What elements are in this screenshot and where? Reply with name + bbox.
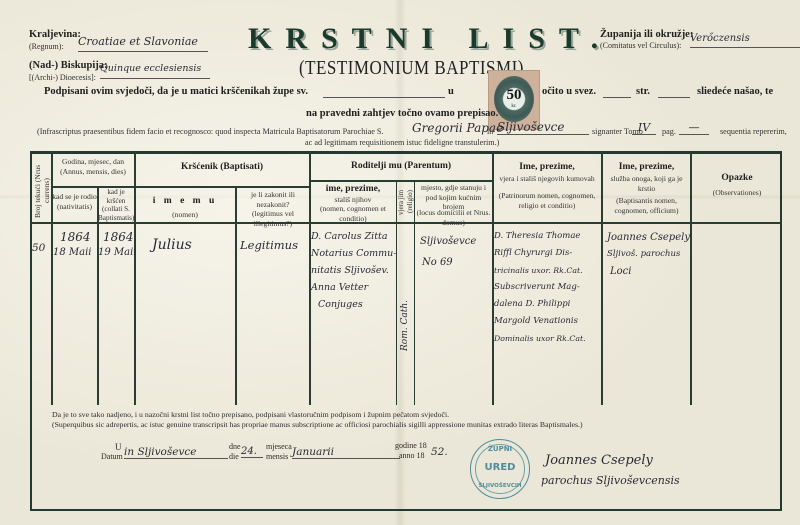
diocese-label: (Nad-) Biskupija: [29, 60, 107, 71]
header-legit-sub: (legitimus vel illegitimus?) [237, 209, 309, 228]
intro-svez: očito u svez. [542, 86, 596, 97]
footer-day-value: 24. [241, 446, 263, 458]
baptized-group-divider [134, 186, 309, 188]
seal-middle-text: URED [471, 462, 529, 473]
header-date-group: Godina, mjesec, dan (Annus, mensis, dies… [53, 157, 133, 176]
stamp-unit: kr. [494, 104, 534, 109]
header-domicile-sub: (locus domicilii et Nrus. domus) [415, 208, 492, 227]
intro-latin-a: (Infrascriptus praesentibus fidem facio … [37, 127, 384, 136]
intro-latin-2: ac ad legitimam requisitionem istuc fide… [305, 138, 499, 147]
intro-line2: na pravedni zahtjev točno ovamo prepisao… [306, 108, 498, 119]
godparents-line-2: Riffl Chyrurgi Dis- [494, 245, 572, 262]
header-baptizer: Ime, prezime, [619, 162, 674, 172]
stamp-value: 50 [494, 87, 534, 104]
intro-line1-a: Podpisani ovim svjedoči, da je u matici … [44, 86, 308, 97]
col-divider [51, 152, 53, 405]
header-remarks: Opazke [721, 173, 752, 183]
birth-day: 18 Maii [53, 244, 92, 261]
kingdom-label-latin: (Regnum): [29, 42, 64, 51]
tomo-value: IV [632, 121, 656, 135]
diocese-label-latin: [(Archi-) Dioecesis]: [29, 73, 96, 82]
header-religion: vjera jim (religio) [397, 184, 413, 220]
baptizer-line-1: Joannes Csepely [607, 229, 690, 246]
header-remarks-sub: (Observationes) [692, 188, 782, 198]
header-baptism: kad je kršćen (collati S. Baptismatis) [98, 188, 134, 222]
intro-latin-end: sequentia repererim, [720, 127, 787, 136]
intro-str: str. [636, 86, 650, 97]
header-parents-name: ime, prezime, [326, 184, 380, 194]
parents-line-4: Anna Vetter [311, 279, 368, 296]
stamp-portrait-icon: 50 kr. [494, 76, 534, 122]
header-baptizer-sub2: (Baptisantis nomen, cognomen, officium) [603, 196, 690, 215]
religion-value: Rom. Cath. [398, 300, 412, 351]
anno-label: anno 18 [399, 451, 425, 460]
header-legit: je li zakonit ili nezakonit? [237, 190, 309, 209]
child-name: Julius [152, 237, 192, 254]
parents-line-2: Notarius Commu- [311, 245, 396, 262]
godparents-line-4: Subscriverunt Mag- [494, 279, 580, 296]
godparents-line-6: Margold Venationis [494, 313, 578, 330]
die-label: die [229, 452, 239, 461]
county-label: Županija ili okružje: [600, 29, 693, 40]
header-godparents: Ime, prezime, [519, 162, 574, 172]
intro-latin-pag: pag. [662, 127, 676, 136]
baptism-day: 19 Maii [98, 244, 137, 261]
intro-u: u [448, 86, 454, 97]
godparents-line-7: Dominalis uxor Rk.Cat. [494, 330, 586, 347]
kingdom-label: Kraljevina: [29, 29, 81, 40]
parents-line-1: D. Carolus Zitta [311, 228, 388, 245]
dne-label: dne [229, 442, 241, 451]
header-row-no: Broj tekući (Nrus currens) [33, 163, 49, 219]
certify-latin: (Superquibus sic adrepertis, ac istuc ge… [52, 420, 583, 429]
seal-bottom-text: ŠLJIVOŠEVCIH [471, 483, 529, 489]
header-bottom-line [30, 222, 782, 224]
parents-line-3: nitatis Sljivošev. [311, 262, 389, 279]
parish-seal-icon: ŽUPNI URED ŠLJIVOŠEVCIH [470, 439, 530, 499]
header-name: i m e m u [153, 196, 217, 206]
row-number: 50 [32, 240, 45, 257]
mjeseca-label: mjeseca [266, 442, 292, 451]
str-blank [658, 97, 690, 98]
signature-title: parochus Sljivoševcensis [541, 474, 680, 487]
seal-top-text: ŽUPNI [471, 445, 529, 453]
baptizer-line-2: Sljivoš. parochus [607, 246, 680, 263]
header-godparents-sub2: (Patrinorum nomen, cognomen, religio et … [498, 191, 596, 210]
signature-name: Joannes Csepely [545, 453, 653, 468]
godparents-line-5: dalena D. Philippi [494, 296, 570, 313]
footer-year-value: 52. [431, 446, 448, 458]
header-name-sub: (nomen) [136, 210, 234, 220]
pag-value: — [679, 121, 709, 135]
domicile-place: Sljivoševce [420, 233, 476, 250]
county-value: Verőczensis [690, 33, 800, 48]
col-divider [134, 152, 136, 405]
header-parents-group: Roditelji mu (Parentum) [351, 161, 451, 171]
mensis-label: mensis [266, 452, 288, 461]
baptizer-line-3: Loci [610, 263, 631, 280]
intro-line1-c: sliedeće našao, te [697, 86, 773, 97]
parish-blank [323, 97, 445, 98]
footer-place-value: in Sljivoševce [124, 446, 228, 459]
svez-blank [603, 97, 631, 98]
header-parents-name-sub2: (nomen, cognomen et conditio) [311, 204, 395, 223]
header-birth: kad se je rodio (nativitatis) [52, 192, 97, 211]
domicile-house-no: No 69 [422, 254, 453, 271]
certify-line: Da je to sve tako nadjeno, i u nazočni k… [52, 410, 449, 419]
document-title: KRSTNI LIST. [248, 22, 612, 56]
godine-label: godine 18 [395, 441, 427, 450]
header-godparents-sub1: vjera i stališ njegovih kumovah [494, 174, 600, 184]
legitimacy: Legitimus [240, 237, 298, 254]
kingdom-value: Croatiae et Slavoniae [78, 35, 208, 52]
parents-group-divider [309, 180, 492, 182]
header-baptizer-sub1: služba onoga, koji ga je krstio [603, 174, 690, 193]
godparents-line-3: tricinalis uxor. Rk.Cat. [494, 262, 583, 279]
diocese-value: Quinque ecclesiensis [100, 63, 210, 79]
footer-month-value: Januarii [292, 446, 400, 459]
header-baptized-group: Kršćenik (Baptisati) [181, 162, 263, 172]
parents-line-5: Conjuges [318, 296, 363, 313]
godparents-line-1: D. Theresia Thomae [494, 228, 580, 245]
county-label-latin: (Comitatus vel Circulus): [600, 41, 681, 50]
place-value: Sljivoševce [497, 120, 589, 135]
datum-label: Datum [101, 452, 123, 461]
u-label: U [115, 442, 122, 452]
intro-latin-in: in [487, 127, 493, 136]
